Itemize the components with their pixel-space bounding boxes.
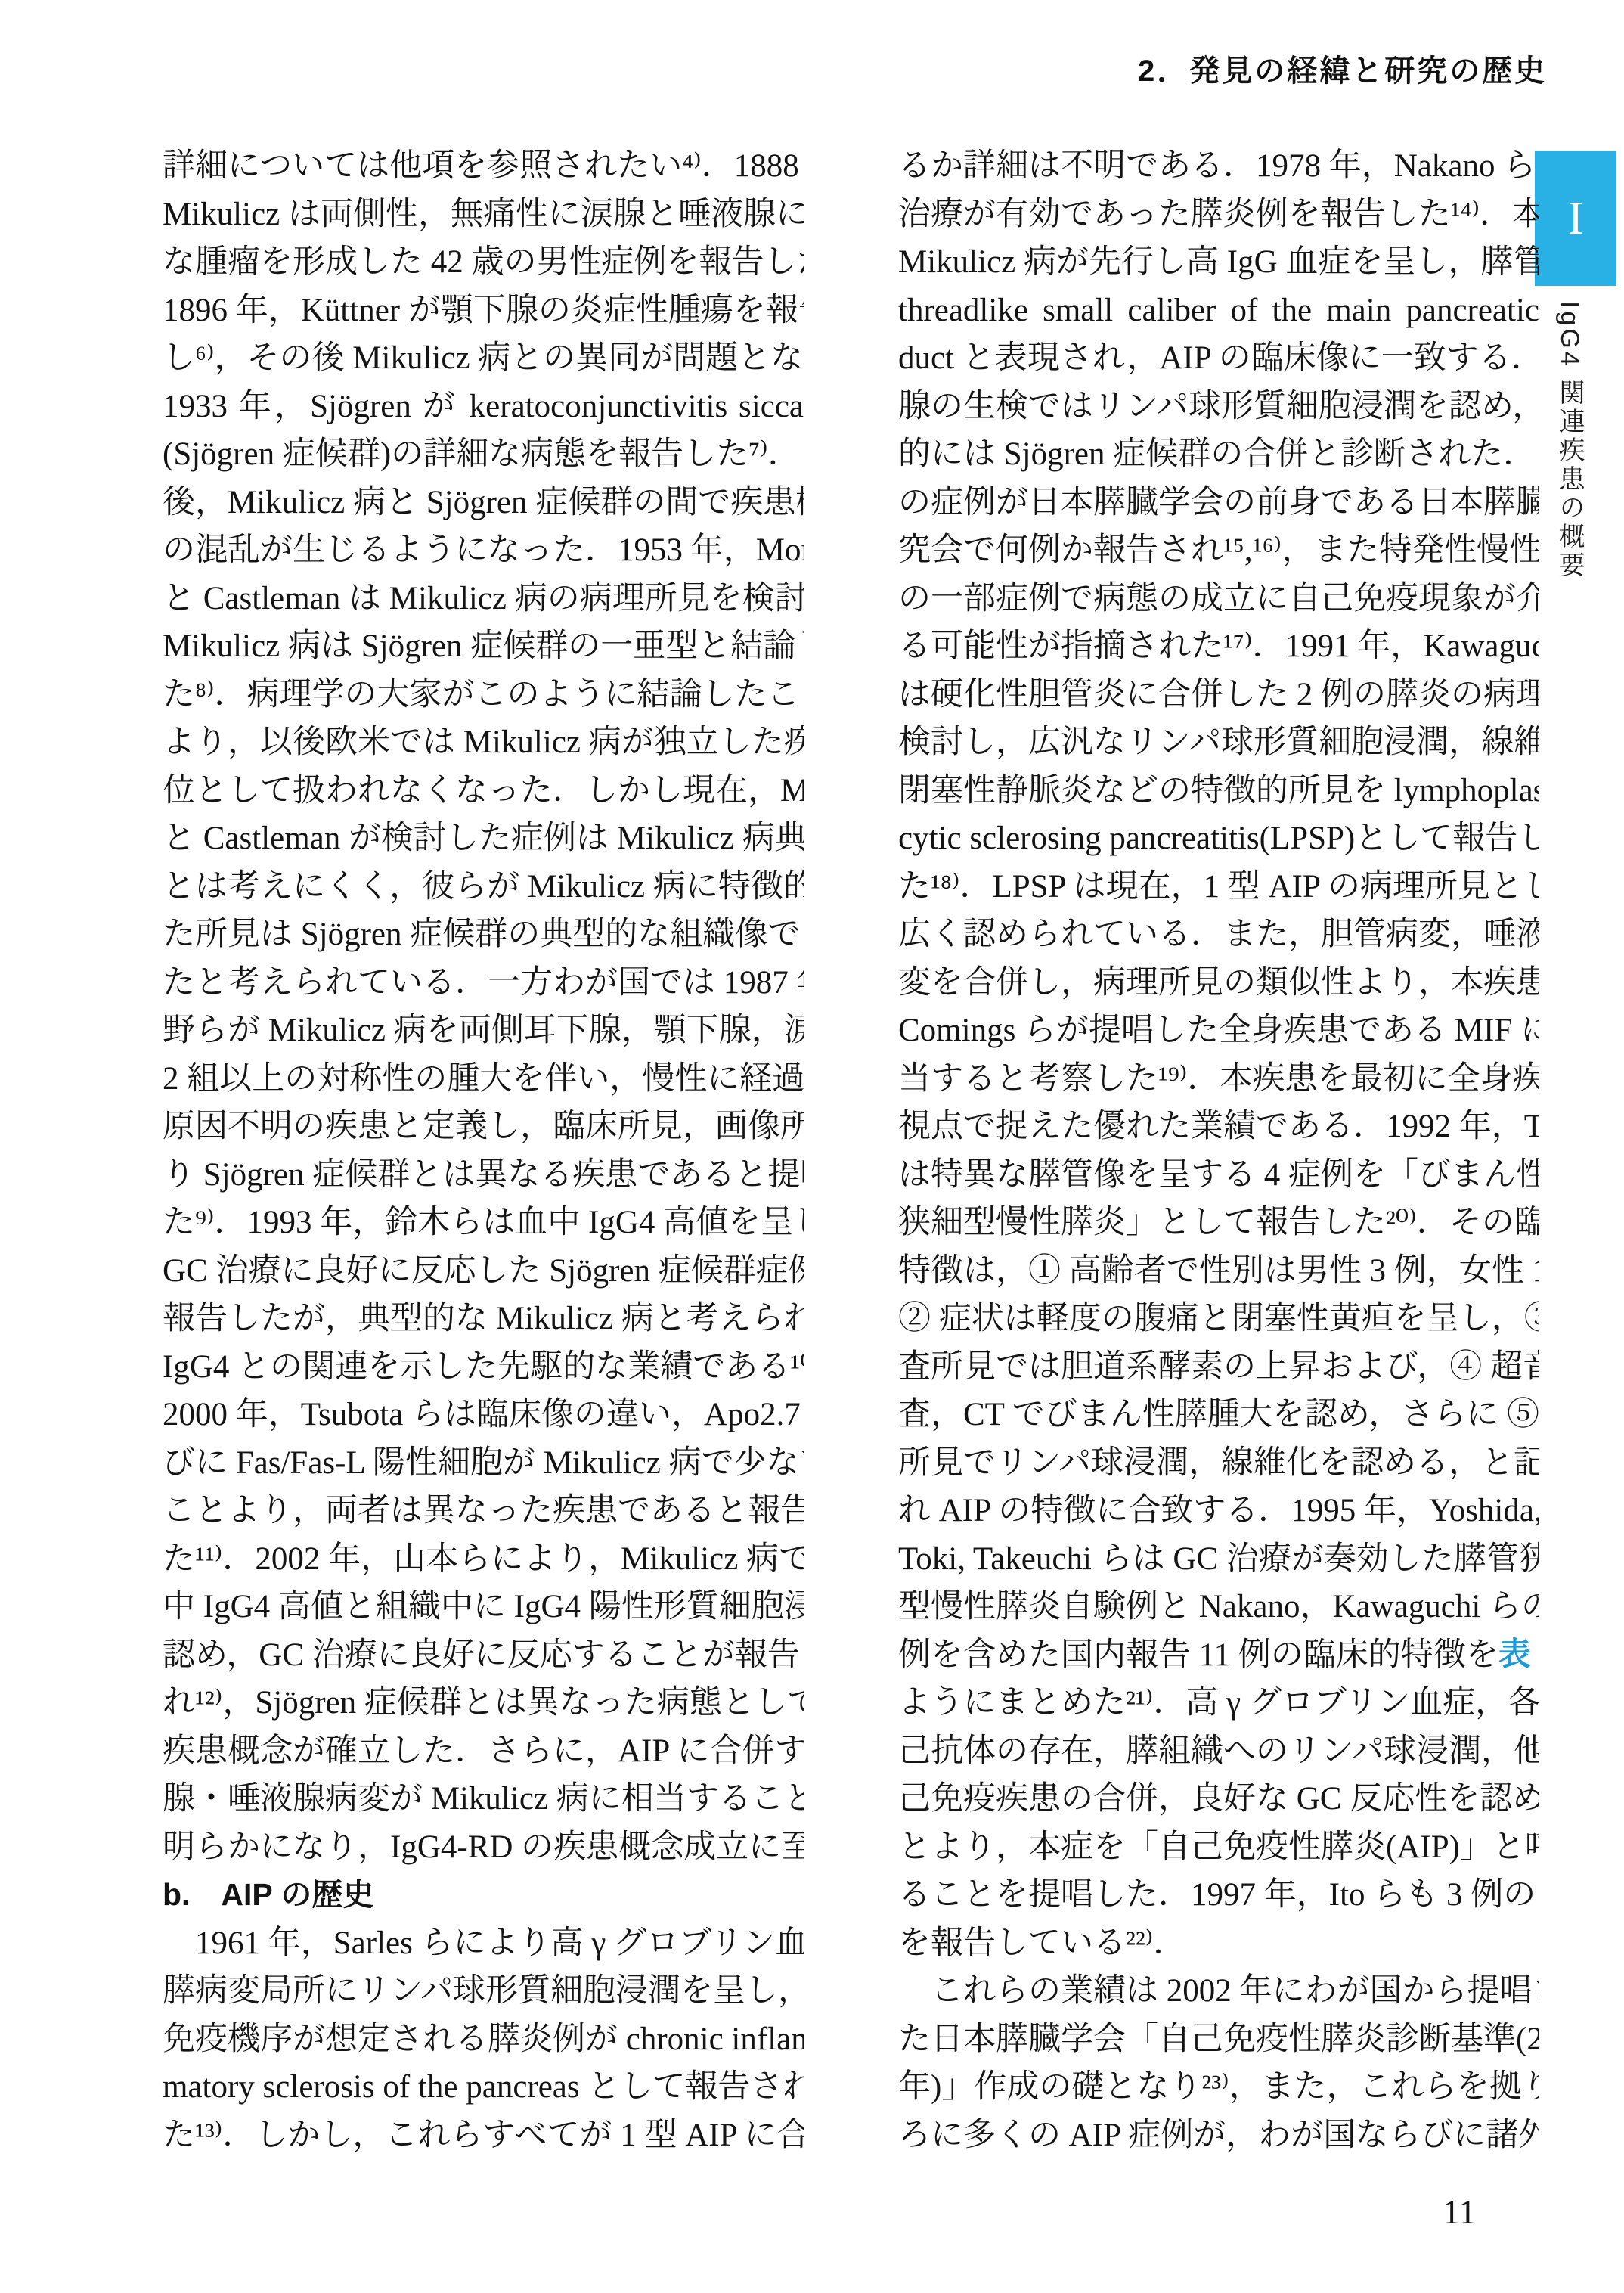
text-line: 査所見では胆道系酵素の上昇および，④ 超音波検 (898, 1343, 1539, 1392)
text-line: た⁹⁾．1993 年，鈴木らは血中 IgG4 高値を呈し， (163, 1199, 804, 1247)
text-line: 位として扱われなくなった．しかし現在，Morgan (163, 767, 804, 815)
text-line: 変を合併し，病理所見の類似性より，本疾患が (898, 959, 1539, 1007)
text-line: 究会で何例か報告され¹⁵,¹⁶⁾，また特発性慢性膵炎 (898, 526, 1539, 575)
text-line: し⁶⁾，その後 Mikulicz 病との異同が問題となった． (163, 334, 804, 383)
text-line: IgG4 との関連を示した先駆的な業績である¹⁰⁾． (163, 1343, 804, 1392)
text-line: 疾患概念が確立した．さらに，AIP に合併する涙 (163, 1727, 804, 1776)
text-line: ることを提唱した．1997 年，Ito らも 3 例の AIP (898, 1871, 1539, 1919)
text-line: これらの業績は 2002 年にわが国から提唱され (898, 1967, 1539, 2015)
text-line: duct と表現され，AIP の臨床像に一致する．唾液 (898, 334, 1539, 383)
text-line: 己免疫疾患の合併，良好な GC 反応性を認めるこ (898, 1775, 1539, 1823)
text-line: と Castleman は Mikulicz 病の病理所見を検討し， (163, 575, 804, 623)
text-line: びに Fas/Fas-L 陽性細胞が Mikulicz 病で少ない (163, 1439, 804, 1488)
text-line: GC 治療に良好に反応した Sjögren 症候群症例を (163, 1247, 804, 1295)
text-line: 治療が有効であった膵炎例を報告した¹⁴⁾．本例は (898, 191, 1539, 239)
text-line: 検討し，広汎なリンパ球形質細胞浸潤，線維化， (898, 718, 1539, 767)
text-line: Mikulicz 病が先行し高 IgG 血症を呈し，膵管像は (898, 238, 1539, 287)
text-line: Mikulicz 病は Sjögren 症候群の一亜型と結論し (163, 622, 804, 671)
text-line: た所見は Sjögren 症候群の典型的な組織像であっ (163, 911, 804, 959)
text-line: 特徴は，① 高齢者で性別は男性 3 例，女性 1 例， (898, 1247, 1539, 1295)
text-line: 年)」作成の礎となり²³⁾，また，これらを拠りどこ (898, 2063, 1539, 2111)
text-line: 型慢性膵炎自験例と Nakano，Kawaguchi らの症 (898, 1583, 1539, 1631)
text-line: た¹³⁾．しかし，これらすべてが 1 型 AIP に合致す (163, 2111, 804, 2160)
text-line: 免疫機序が想定される膵炎例が chronic inflam- (163, 2015, 804, 2064)
text-line: 1933 年，Sjögren が keratoconjunctivitis si… (163, 383, 804, 431)
chapter-vertical-title: IgG4 関連疾患の概要 (1550, 301, 1589, 619)
text-line: り Sjögren 症候群とは異なる疾患であると提唱し (163, 1151, 804, 1199)
chapter-tab-label: I (1568, 195, 1584, 242)
text-line: れ AIP の特徴に合致する．1995 年，Yoshida, (898, 1487, 1539, 1535)
text-line: 2 組以上の対称性の腫大を伴い，慢性に経過する (163, 1055, 804, 1103)
book-page: 2．発見の経緯と研究の歴史 I IgG4 関連疾患の概要 詳細については他項を参… (0, 0, 1624, 2293)
text-line: の混乱が生じるようになった．1953 年，Morgan (163, 526, 804, 575)
text-line: と Castleman が検討した症例は Mikulicz 病典型例 (163, 814, 804, 863)
text-line: るか詳細は不明である．1978 年，Nakano らは GC (898, 142, 1539, 191)
text-line: は硬化性胆管炎に合併した 2 例の膵炎の病理像を (898, 671, 1539, 719)
right-text-column: るか詳細は不明である．1978 年，Nakano らは GC治療が有効であった膵… (898, 142, 1539, 2159)
text-line: ② 症状は軽度の腹痛と閉塞性黄疸を呈し，③ 検 (898, 1295, 1539, 1343)
text-line: た¹⁸⁾．LPSP は現在，1 型 AIP の病理所見として (898, 863, 1539, 911)
text-line: ろに多くの AIP 症例が，わが国ならびに諸外国， (898, 2111, 1539, 2160)
running-head-section-title: 2．発見の経緯と研究の歴史 (1138, 47, 1547, 90)
text-line: 中 IgG4 高値と組織中に IgG4 陽性形質細胞浸潤を (163, 1583, 804, 1631)
text-line: た⁸⁾．病理学の大家がこのように結論したことに (163, 671, 804, 719)
text-line: の症例が日本膵臓学会の前身である日本膵臓病研 (898, 479, 1539, 527)
text-line: 己抗体の存在，膵組織へのリンパ球浸潤，他の自 (898, 1727, 1539, 1776)
text-line: を報告している²²⁾． (898, 1919, 1539, 1968)
text-line: 2000 年，Tsubota らは臨床像の違い，Apo2.7 なら (163, 1391, 804, 1439)
text-line: Mikulicz は両側性，無痛性に涙腺と唾液腺に顕著 (163, 191, 804, 239)
text-line: 閉塞性静脈炎などの特徴的所見を lymphoplasma- (898, 767, 1539, 815)
text-line: 的には Sjögren 症候群の合併と診断された．同様 (898, 430, 1539, 479)
text-line: とより，本症を「自己免疫性膵炎(AIP)」と呼称す (898, 1823, 1539, 1872)
table-1-link[interactable]: 表 1 (1498, 1637, 1539, 1673)
text-line: より，以後欧米では Mikulicz 病が独立した疾患単 (163, 718, 804, 767)
left-text-column: 詳細については他項を参照されたい⁴⁾．1888 年，Mikulicz は両側性，… (163, 142, 804, 2159)
text-line: matory sclerosis of the pancreas として報告され (163, 2063, 804, 2111)
text-line: 例を含めた国内報告 11 例の臨床的特徴を表 1の (898, 1631, 1539, 1680)
text-line: 野らが Mikulicz 病を両側耳下腺，顎下腺，涙腺の (163, 1007, 804, 1055)
text-line: 当すると考察した¹⁹⁾．本疾患を最初に全身疾患の (898, 1055, 1539, 1103)
text-line: 視点で捉えた優れた業績である．1992 年，Toki ら (898, 1103, 1539, 1151)
subsection-heading: b. AIP の歴史 (163, 1871, 804, 1919)
text-line: 1961 年，Sarles らにより高 γ グロブリン血症と (163, 1919, 804, 1968)
text-line: とは考えにくく，彼らが Mikulicz 病に特徴的とし (163, 863, 804, 911)
text-line: たと考えられている．一方わが国では 1987 年，今 (163, 959, 804, 1007)
text-line: る可能性が指摘された¹⁷⁾．1991 年，Kawaguchi ら (898, 622, 1539, 671)
text-line: な腫瘤を形成した 42 歳の男性症例を報告した⁵⁾． (163, 238, 804, 287)
text-run: 例を含めた国内報告 11 例の臨床的特徴を (898, 1637, 1498, 1673)
text-line: 報告したが，典型的な Mikulicz 病と考えられ， (163, 1295, 804, 1343)
text-line: (Sjögren 症候群)の詳細な病態を報告した⁷⁾．この (163, 430, 804, 479)
text-line: は特異な膵管像を呈する 4 症例を「びまん性膵管 (898, 1151, 1539, 1199)
text-line: 認め，GC 治療に良好に反応することが報告さ (163, 1631, 804, 1680)
text-line: threadlike small caliber of the main pan… (898, 287, 1539, 335)
text-line: 1896 年，Küttner が顎下腺の炎症性腫瘍を報告 (163, 287, 804, 335)
text-line: の一部症例で病態の成立に自己免疫現象が介在す (898, 575, 1539, 623)
page-number: 11 (1443, 2192, 1476, 2232)
text-line: 腺・唾液腺病変が Mikulicz 病に相当することが (163, 1775, 804, 1823)
text-line: 明らかになり，IgG4-RD の疾患概念成立に至った． (163, 1823, 804, 1872)
text-line: 狭細型慢性膵炎」として報告した²⁰⁾．その臨床的 (898, 1199, 1539, 1247)
text-line: 膵病変局所にリンパ球形質細胞浸潤を呈し，自己 (163, 1967, 804, 2015)
text-line: 腺の生検ではリンパ球形質細胞浸潤を認め，最終 (898, 383, 1539, 431)
text-line: れ¹²⁾，Sjögren 症候群とは異なった病態として， (163, 1679, 804, 1727)
text-line: 広く認められている．また，胆管病変，唾液腺病 (898, 911, 1539, 959)
text-line: 詳細については他項を参照されたい⁴⁾．1888 年， (163, 142, 804, 191)
text-line: た¹¹⁾．2002 年，山本らにより，Mikulicz 病では血 (163, 1535, 804, 1584)
text-line: 所見でリンパ球浸潤，線維化を認める，と記載さ (898, 1439, 1539, 1488)
text-line: cytic sclerosing pancreatitis(LPSP)として報告… (898, 814, 1539, 863)
text-line: 原因不明の疾患と定義し，臨床所見，画像所見よ (163, 1103, 804, 1151)
text-line: た日本膵臓学会「自己免疫性膵炎診断基準(2002 (898, 2015, 1539, 2064)
text-line: ことより，両者は異なった疾患であると報告し (163, 1487, 804, 1535)
text-line: 査，CT でびまん性膵腫大を認め，さらに ⑤ 組織 (898, 1391, 1539, 1439)
chapter-edge-tab: I (1535, 151, 1616, 286)
text-line: ようにまとめた²¹⁾．高 γ グロブリン血症，各種自 (898, 1679, 1539, 1727)
text-line: 後，Mikulicz 病と Sjögren 症候群の間で疾患概念 (163, 479, 804, 527)
text-line: Toki, Takeuchi らは GC 治療が奏効した膵管狭細 (898, 1535, 1539, 1584)
text-line: Comings らが提唱した全身疾患である MIF に相 (898, 1007, 1539, 1055)
